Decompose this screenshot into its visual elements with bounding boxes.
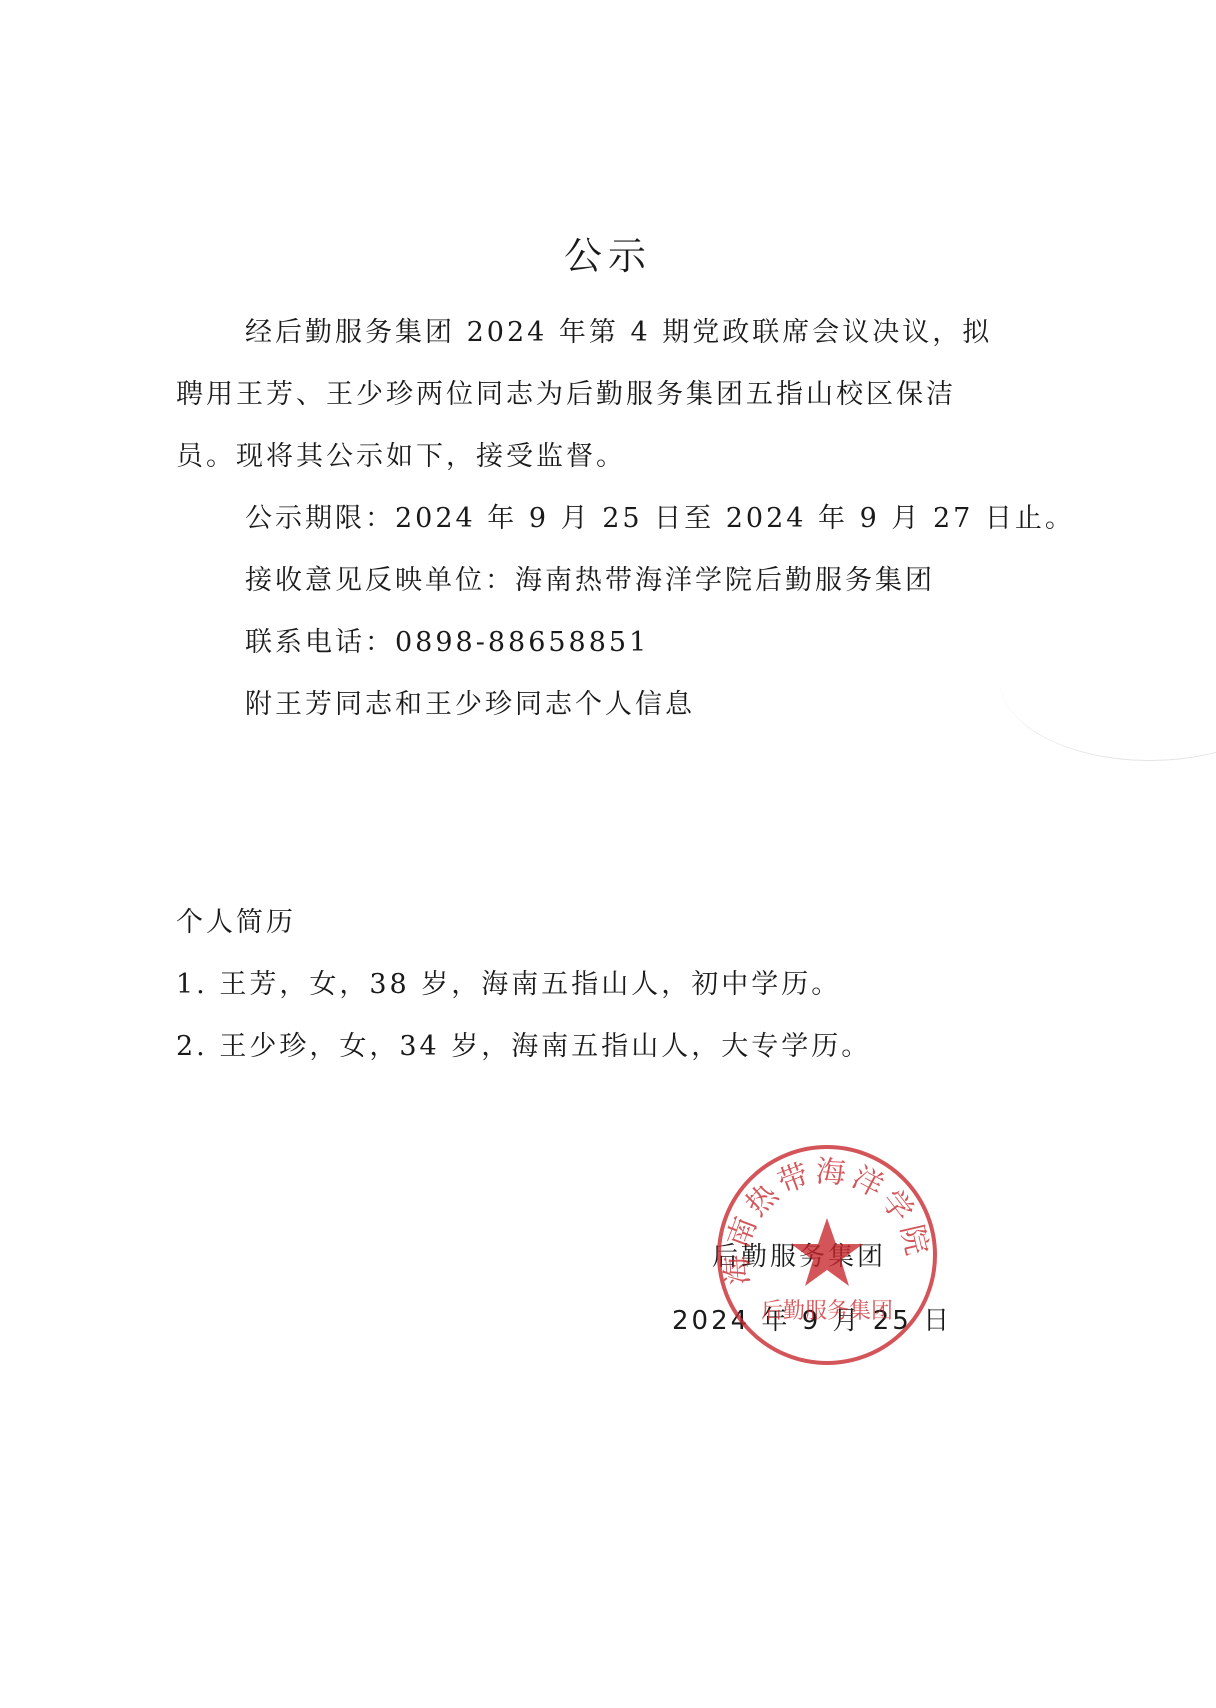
scan-artifact (1000, 600, 1216, 761)
attachment-note: 附王芳同志和王少珍同志个人信息 (245, 682, 695, 721)
document-page: 公示 经后勤服务集团 2024 年第 4 期党政联席会议决议，拟 聘用王芳、王少… (0, 0, 1216, 1708)
resume-item-1: 1. 王芳，女，38 岁，海南五指山人，初中学历。 (176, 962, 841, 1001)
paragraph-line-3: 员。现将其公示如下，接受监督。 (176, 434, 626, 473)
document-title: 公示 (0, 225, 1216, 280)
resume-item-2: 2. 王少珍，女，34 岁，海南五指山人，大专学历。 (176, 1024, 871, 1063)
svg-text:后勤服务集团: 后勤服务集团 (761, 1299, 893, 1324)
resume-heading: 个人简历 (176, 900, 296, 939)
feedback-unit: 接收意见反映单位：海南热带海洋学院后勤服务集团 (245, 558, 935, 597)
official-seal-icon: 海南热带海洋学院 后勤服务集团 (712, 1140, 942, 1370)
publicity-period: 公示期限：2024 年 9 月 25 日至 2024 年 9 月 27 日止。 (245, 496, 1075, 535)
paragraph-line-2: 聘用王芳、王少珍两位同志为后勤服务集团五指山校区保洁 (176, 372, 956, 411)
contact-phone: 联系电话：0898-88658851 (245, 620, 649, 659)
paragraph-line-1: 经后勤服务集团 2024 年第 4 期党政联席会议决议，拟 (245, 310, 992, 349)
